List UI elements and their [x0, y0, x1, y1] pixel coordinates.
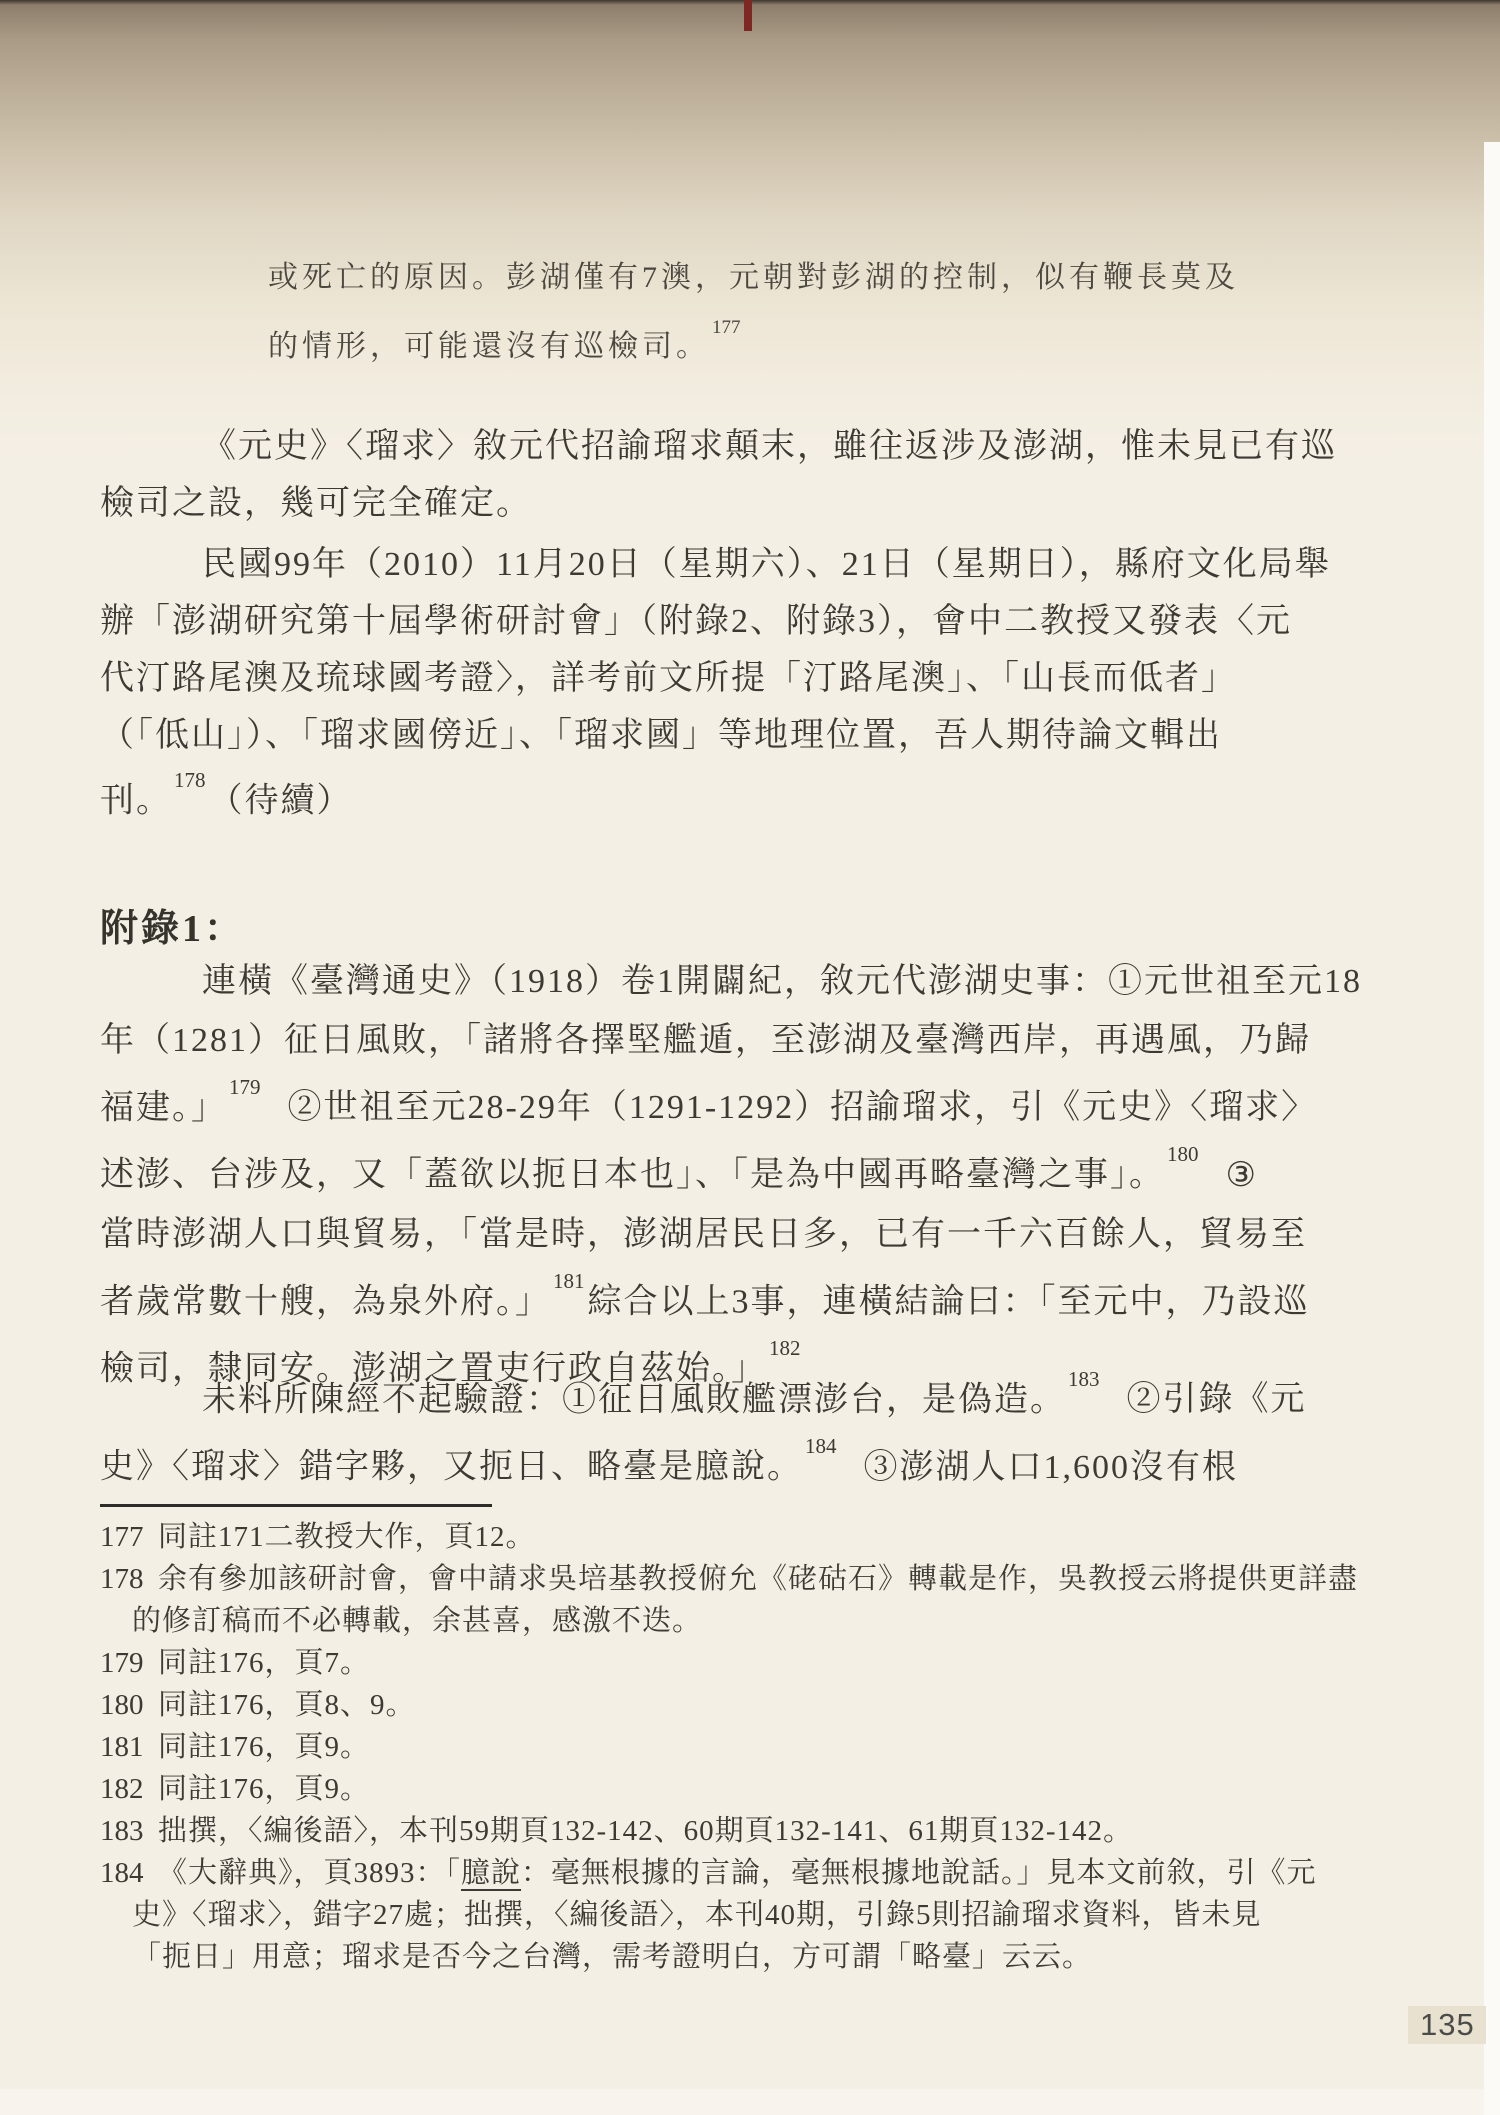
footnote-number: 183: [100, 1810, 158, 1852]
paragraph-4: 未料所陳經不起驗證：①征日風敗艦漂澎台，是偽造。183②引錄《元 史》〈瑠求〉錯…: [100, 1362, 1412, 1497]
body-text: 綜合以上3事，連橫結論曰：「至元中，乃設巡: [588, 1283, 1310, 1320]
footnote-178: 178余有參加該研討會，會中請求吳培基教授俯允《硓𥑮石》轉載是作，吳教授云將提供…: [100, 1558, 1430, 1642]
body-text: 當時澎湖人口與貿易，「當是時，澎湖居民日多，已有一千六百餘人，貿易至: [100, 1216, 1307, 1253]
footnote-continuation: 史》〈瑠求〉，錯字27處；拙撰，〈編後語〉，本刊40期，引錄5則招諭瑠求資料，皆…: [132, 1894, 1430, 1936]
body-text: 辦「澎湖研究第十屆學術研討會」（附錄2、附錄3），會中二教授又發表〈元: [100, 603, 1292, 640]
footnote-ref-181: 181: [553, 1269, 585, 1293]
paragraph-1: 《元史》〈瑠求〉敘元代招諭瑠求顛末，雖往返涉及澎湖，惟未見已有巡 檢司之設，幾可…: [100, 418, 1412, 532]
quote-line-2: 的情形，可能還沒有巡檢司。177: [268, 309, 1328, 378]
footnote-number: 177: [100, 1516, 158, 1558]
body-text: 福建。」: [100, 1089, 227, 1126]
paragraph-3-appendix: 連橫《臺灣通史》（1918）卷1開闢紀，敘元代澎湖史事：①元世祖至元18 年（1…: [100, 952, 1412, 1398]
body-text: 刊。: [100, 782, 172, 819]
body-line: （「低山」）、「瑠求國傍近」、「瑠求國」等地理位置，吾人期待論文輯出: [100, 707, 1412, 764]
footnote-183: 183拙撰，〈編後語〉，本刊59期頁132-142、60期頁132-141、61…: [100, 1810, 1430, 1852]
footnote-continuation: 的修訂稿而不必轉載，余甚喜，感激不迭。: [132, 1600, 1430, 1642]
footnote-text: 同註176，頁7。: [158, 1647, 370, 1679]
body-line: 年（1281）征日風敗，「諸將各擇堅艦遁，至澎湖及臺灣西岸，再遇風，乃歸: [100, 1011, 1412, 1070]
footnote-separator: [100, 1504, 492, 1507]
body-line: 刊。178（待續）: [100, 764, 1412, 829]
body-line: 當時澎湖人口與貿易，「當是時，澎湖居民日多，已有一千六百餘人，貿易至: [100, 1205, 1412, 1264]
block-quote: 或死亡的原因。彭湖僅有7澳，元朝對彭湖的控制，似有鞭長莫及 的情形，可能還沒有巡…: [268, 247, 1328, 378]
footnote-text: 同註176，頁9。: [158, 1731, 370, 1763]
body-text: 代汀路尾澳及琉球國考證〉，詳考前文所提「汀路尾澳」、「山長而低者」: [100, 660, 1237, 697]
body-line: 者歲常數十艘，為泉外府。」181綜合以上3事，連橫結論曰：「至元中，乃設巡: [100, 1264, 1412, 1331]
footnote-text: 的修訂稿而不必轉載，余甚喜，感激不迭。: [132, 1605, 702, 1637]
body-text: 《元史》〈瑠求〉敘元代招諭瑠求顛末，雖往返涉及澎湖，惟未見已有巡: [202, 428, 1337, 465]
footnote-182: 182同註176，頁9。: [100, 1768, 1430, 1810]
body-text: 史》〈瑠求〉錯字夥，又扼日、略臺是臆說。: [100, 1449, 803, 1486]
body-text: 未料所陳經不起驗證：①征日風敗艦漂澎台，是偽造。: [202, 1381, 1066, 1418]
body-line: 述澎、台涉及，又「蓋欲以扼日本也」、「是為中國再略臺灣之事」。180③: [100, 1137, 1412, 1204]
footnote-number: 181: [100, 1726, 158, 1768]
body-line: 檢司之設，幾可完全確定。: [100, 475, 1412, 532]
paragraph-2: 民國99年（2010）11月20日（星期六）、21日（星期日），縣府文化局舉 辦…: [100, 536, 1412, 829]
body-text: （「低山」）、「瑠求國傍近」、「瑠求國」等地理位置，吾人期待論文輯出: [100, 717, 1222, 754]
footnote-number: 178: [100, 1558, 158, 1600]
footnote-continuation: 「扼日」用意；瑠求是否今之台灣，需考證明白，方可謂「略臺」云云。: [132, 1936, 1430, 1978]
footnote-number: 182: [100, 1768, 158, 1810]
footnote-number: 179: [100, 1642, 158, 1684]
footnotes-section: 177同註171二教授大作，頁12。 178余有參加該研討會，會中請求吳培基教授…: [100, 1516, 1430, 1978]
footnote-184: 184《大辭典》，頁3893：「臆說：毫無根據的言論，毫無根據地說話。」見本文前…: [100, 1852, 1430, 1978]
footnote-text: 史》〈瑠求〉，錯字27處；拙撰，〈編後語〉，本刊40期，引錄5則招諭瑠求資料，皆…: [132, 1899, 1262, 1931]
body-text: ③澎湖人口1,600沒有根: [864, 1449, 1239, 1486]
body-line: 《元史》〈瑠求〉敘元代招諭瑠求顛末，雖往返涉及澎湖，惟未見已有巡: [100, 418, 1412, 475]
body-text: 者歲常數十艘，為泉外府。」: [100, 1283, 551, 1320]
footnote-ref-179: 179: [229, 1075, 261, 1099]
body-line: 史》〈瑠求〉錯字夥，又扼日、略臺是臆說。184③澎湖人口1,600沒有根: [100, 1429, 1412, 1496]
body-text: 民國99年（2010）11月20日（星期六）、21日（星期日），縣府文化局舉: [202, 546, 1331, 583]
body-text: 檢司之設，幾可完全確定。: [100, 485, 532, 522]
body-text: ③: [1226, 1157, 1258, 1194]
red-ink-mark: [744, 0, 752, 31]
quote-text-2: 的情形，可能還沒有巡檢司。: [268, 330, 710, 363]
body-text: ②引錄《元: [1127, 1381, 1307, 1418]
footnote-179: 179同註176，頁7。: [100, 1642, 1430, 1684]
body-line: 未料所陳經不起驗證：①征日風敗艦漂澎台，是偽造。183②引錄《元: [100, 1362, 1412, 1429]
appendix-heading: 附錄1：: [100, 897, 245, 952]
footnote-text: 「扼日」用意；瑠求是否今之台灣，需考證明白，方可謂「略臺」云云。: [132, 1941, 1092, 1973]
footnote-text: 拙撰，〈編後語〉，本刊59期頁132-142、60期頁132-141、61期頁1…: [158, 1815, 1133, 1847]
footnote-number: 184: [100, 1852, 158, 1894]
body-line: 代汀路尾澳及琉球國考證〉，詳考前文所提「汀路尾澳」、「山長而低者」: [100, 650, 1412, 707]
page-number: 135: [1420, 2007, 1475, 2043]
body-text: ②世祖至元28-29年（1291-1292）招諭瑠求，引《元史》〈瑠求〉: [288, 1089, 1318, 1126]
footnote-ref-177: 177: [712, 317, 741, 338]
body-line: 連橫《臺灣通史》（1918）卷1開闢紀，敘元代澎湖史事：①元世祖至元18: [100, 952, 1412, 1011]
body-line: 民國99年（2010）11月20日（星期六）、21日（星期日），縣府文化局舉: [100, 536, 1412, 593]
footnote-text: 同註176，頁8、9。: [158, 1689, 416, 1721]
footnote-text: 《大辭典》，頁3893：「: [158, 1857, 461, 1889]
body-text: 年（1281）征日風敗，「諸將各擇堅艦遁，至澎湖及臺灣西岸，再遇風，乃歸: [100, 1022, 1311, 1059]
body-line: 福建。」179②世祖至元28-29年（1291-1292）招諭瑠求，引《元史》〈…: [100, 1070, 1412, 1137]
footnote-text: 余有參加該研討會，會中請求吳培基教授俯允《硓𥑮石》轉載是作，吳教授云將提供更詳盡: [158, 1563, 1358, 1595]
quote-text-1: 或死亡的原因。彭湖僅有7澳，元朝對彭湖的控制，似有鞭長莫及: [268, 261, 1239, 294]
footnote-181: 181同註176，頁9。: [100, 1726, 1430, 1768]
body-line: 辦「澎湖研究第十屆學術研討會」（附錄2、附錄3），會中二教授又發表〈元: [100, 593, 1412, 650]
footnote-ref-178: 178: [174, 768, 206, 792]
scan-edge-bottom: [0, 2089, 1500, 2115]
body-text: （待續）: [209, 782, 353, 819]
footnote-ref-180: 180: [1167, 1142, 1199, 1166]
footnote-ref-182: 182: [769, 1336, 801, 1360]
footnote-ref-184: 184: [805, 1434, 837, 1458]
scan-edge-right: [1484, 142, 1500, 2115]
footnote-text-underlined: 臆說: [461, 1857, 521, 1889]
footnote-ref-183: 183: [1068, 1367, 1100, 1391]
page-number-box: 135: [1408, 2006, 1486, 2044]
footnote-180: 180同註176，頁8、9。: [100, 1684, 1430, 1726]
quote-line-1: 或死亡的原因。彭湖僅有7澳，元朝對彭湖的控制，似有鞭長莫及: [268, 247, 1328, 309]
body-text: 述澎、台涉及，又「蓋欲以扼日本也」、「是為中國再略臺灣之事」。: [100, 1157, 1165, 1194]
footnote-177: 177同註171二教授大作，頁12。: [100, 1516, 1430, 1558]
footnote-text: 同註171二教授大作，頁12。: [158, 1521, 536, 1553]
body-text: 連橫《臺灣通史》（1918）卷1開闢紀，敘元代澎湖史事：①元世祖至元18: [202, 963, 1362, 1000]
footnote-text: ：毫無根據的言論，毫無根據地說話。」見本文前敘，引《元: [521, 1857, 1317, 1889]
footnote-text: 同註176，頁9。: [158, 1773, 370, 1805]
footnote-number: 180: [100, 1684, 158, 1726]
scanned-page: 或死亡的原因。彭湖僅有7澳，元朝對彭湖的控制，似有鞭長莫及 的情形，可能還沒有巡…: [0, 0, 1500, 2115]
